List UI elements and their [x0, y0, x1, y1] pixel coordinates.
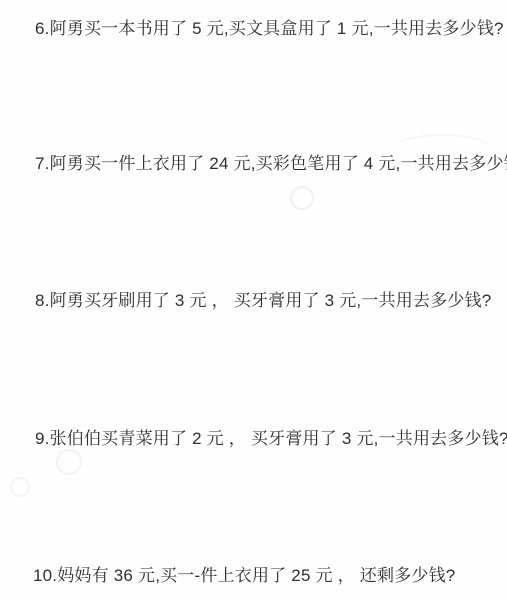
- problem-6-text: 6.阿勇买一本书用了 5 元,买文具盒用了 1 元,一共用去多少钱?: [35, 17, 504, 41]
- problem-10-text: 10.妈妈有 36 元,买一-件上衣用了 25 元 ， 还剩多少钱?: [33, 564, 455, 588]
- problem-9-text: 9.张伯伯买青菜用了 2 元 ， 买牙膏用了 3 元,一共用去多少钱?: [35, 427, 507, 451]
- worksheet-page: 6.阿勇买一本书用了 5 元,买文具盒用了 1 元,一共用去多少钱? 7.阿勇买…: [0, 0, 507, 602]
- problem-8-text: 8.阿勇买牙刷用了 3 元 ， 买牙膏用了 3 元,一共用去多少钱?: [35, 289, 491, 313]
- scan-artifact-circle: [10, 477, 30, 497]
- scan-artifact-circle: [56, 449, 82, 475]
- problem-7-text: 7.阿勇买一件上衣用了 24 元,买彩色笔用了 4 元,一共用去多少钱?: [35, 152, 507, 176]
- scan-artifact-circle: [290, 186, 314, 210]
